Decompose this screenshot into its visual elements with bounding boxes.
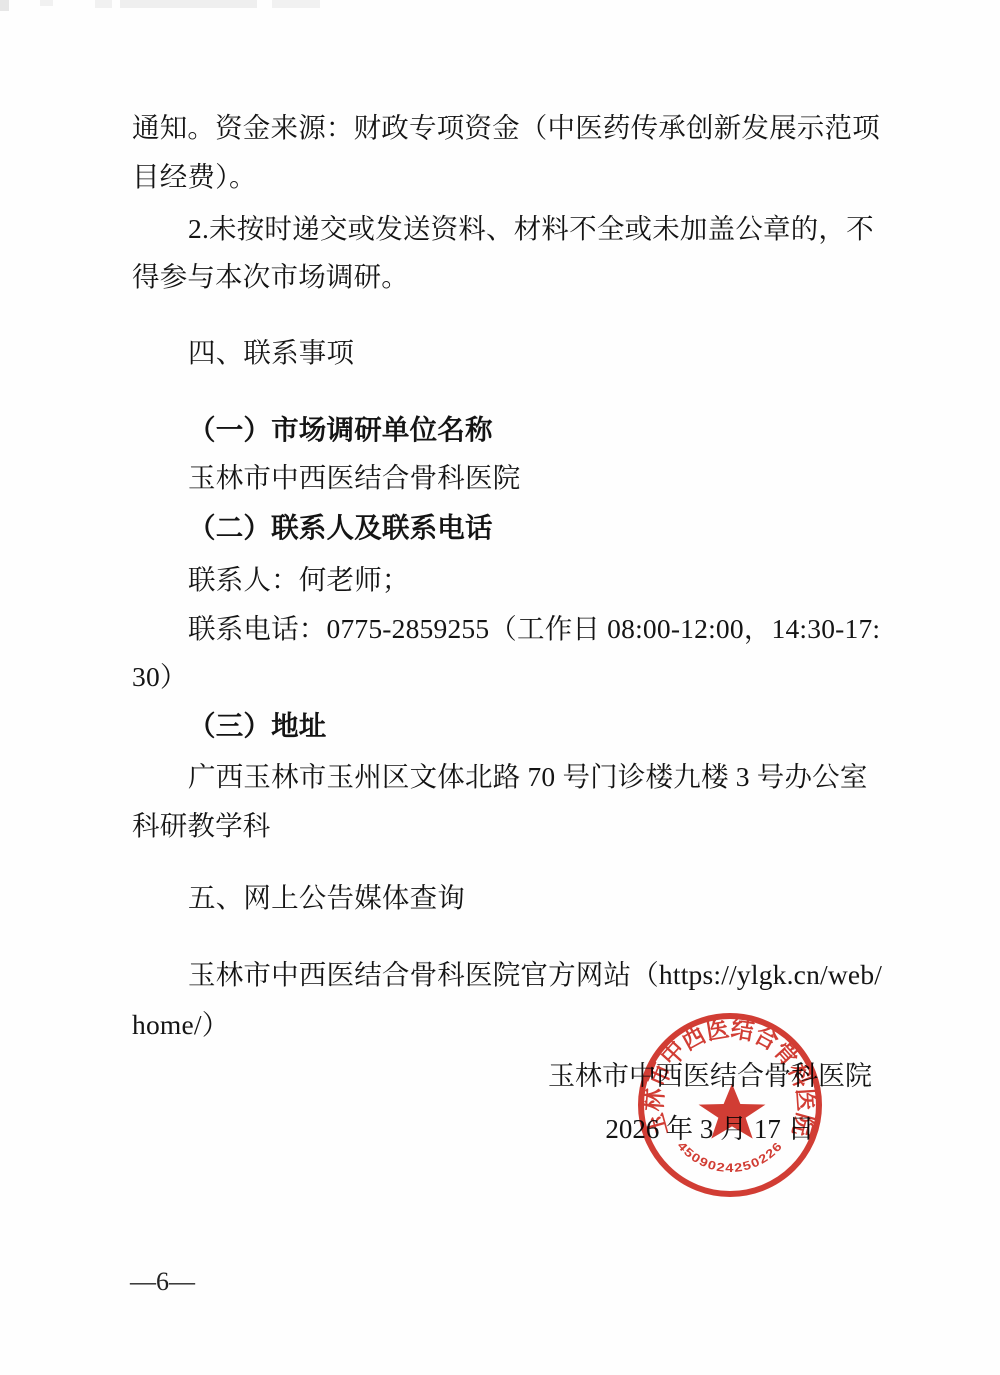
section4-sub3-heading: （三）地址	[188, 709, 327, 743]
section4-sub1-value: 玉林市中西医结合骨科医院	[188, 461, 520, 495]
scan-artifact	[120, 0, 257, 8]
section4-sub1-heading: （一）市场调研单位名称	[188, 413, 493, 447]
document-page: 通知。资金来源：财政专项资金（中医药传承创新发展示范项 目经费）。 2.未按时递…	[0, 0, 1000, 1375]
scan-artifact	[272, 0, 320, 8]
address-line1: 广西玉林市玉州区文体北路 70 号门诊楼九楼 3 号办公室	[188, 760, 868, 794]
svg-text:4509024250226: 4509024250226	[675, 1139, 786, 1175]
paragraph2-line1: 2.未按时递交或发送资料、材料不全或未加盖公章的，不	[188, 212, 874, 246]
contact-phone-line1: 联系电话：0775-2859255（工作日 08:00-12:00，14:30-…	[188, 612, 880, 646]
section4-heading: 四、联系事项	[188, 336, 354, 370]
scan-artifact	[40, 0, 53, 6]
paragraph1-line1: 通知。资金来源：财政专项资金（中医药传承创新发展示范项	[132, 111, 880, 145]
paragraph2-line2: 得参与本次市场调研。	[132, 260, 409, 294]
scan-artifact	[95, 0, 112, 8]
scan-artifact	[0, 0, 9, 11]
seal-code-text: 4509024250226	[675, 1139, 786, 1175]
official-seal: 玉林市中西医结合骨科医院 4509024250226	[630, 1005, 830, 1205]
seal-star-icon	[699, 1084, 766, 1139]
paragraph1-line2: 目经费）。	[132, 160, 257, 194]
section5-heading: 五、网上公告媒体查询	[188, 881, 465, 915]
contact-person-line: 联系人：何老师；	[188, 563, 410, 597]
address-line2: 科研教学科	[132, 809, 271, 843]
section4-sub2-heading: （二）联系人及联系电话	[188, 511, 493, 545]
website-line2: home/）	[132, 1008, 229, 1042]
website-line1: 玉林市中西医结合骨科医院官方网站（https://ylgk.cn/web/	[188, 958, 882, 992]
page-number: —6—	[130, 1266, 195, 1298]
contact-phone-line2: 30）	[132, 660, 188, 694]
